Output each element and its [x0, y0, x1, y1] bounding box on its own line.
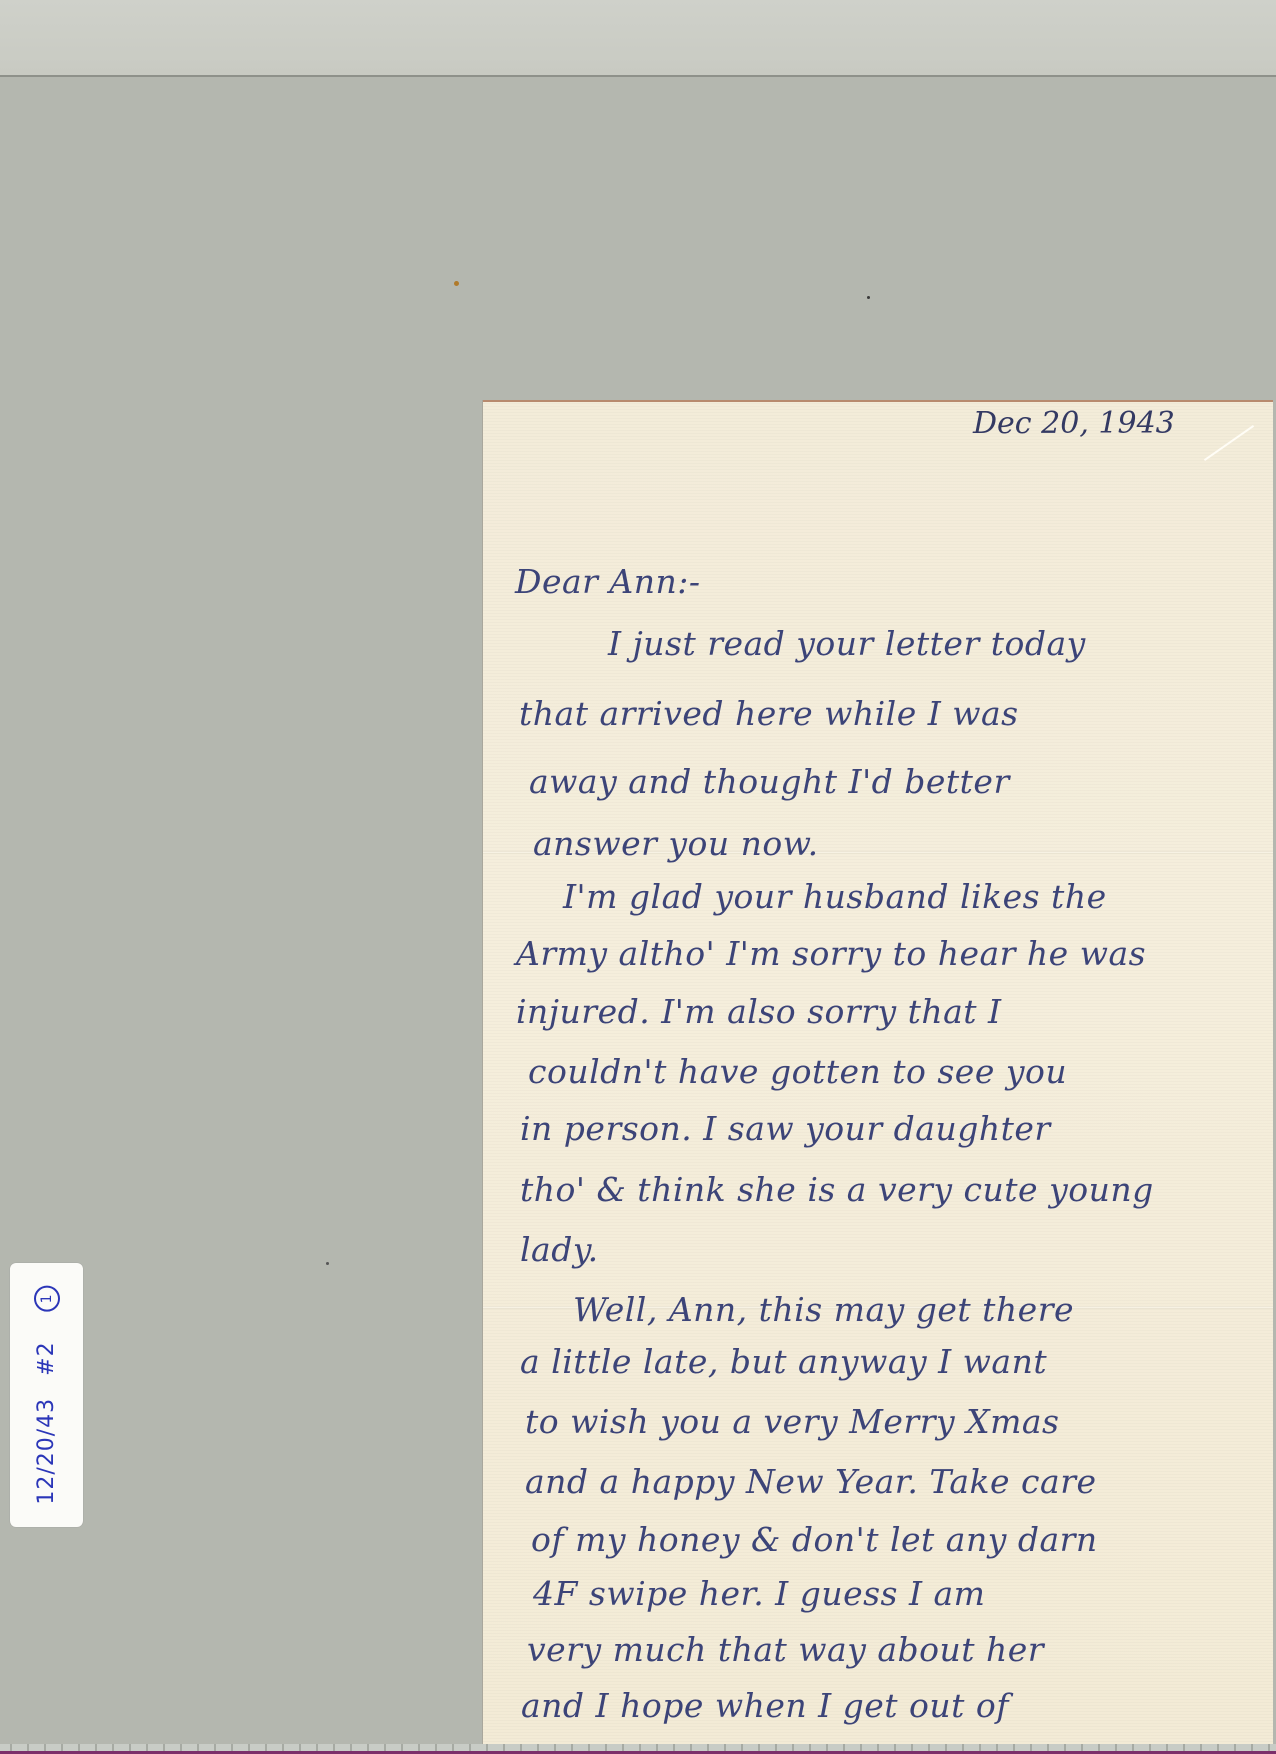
letter-line: that arrived here while I was	[519, 694, 1019, 733]
label-date: 12/20/43	[34, 1398, 59, 1505]
label-number: #2	[34, 1341, 59, 1375]
dust-speck	[326, 1262, 329, 1265]
scanner-lid-strip	[0, 0, 1276, 77]
letter-line: and a happy New Year. Take care	[525, 1462, 1097, 1501]
letter-line: I just read your letter today	[608, 624, 1086, 663]
letter-line: away and thought I'd better	[529, 762, 1010, 801]
letter-line: I'm glad your husband likes the	[563, 877, 1107, 916]
letter-line: 4F swipe her. I guess I am	[533, 1574, 985, 1613]
letter-line: lady.	[520, 1230, 599, 1269]
sleeve-perforated-edge	[0, 1744, 1276, 1754]
letter-line: a little late, but anyway I want	[520, 1342, 1047, 1381]
letter-line: to wish you a very Merry Xmas	[525, 1402, 1060, 1441]
letter-line: tho' & think she is a very cute young	[520, 1170, 1154, 1209]
letter-line: couldn't have gotten to see you	[528, 1052, 1067, 1091]
dust-speck	[867, 296, 870, 299]
letter-date: Dec 20, 1943	[973, 406, 1175, 441]
dust-speck	[454, 281, 459, 286]
letter-line: in person. I saw your daughter	[520, 1109, 1051, 1148]
letter-line: Army altho' I'm sorry to hear he was	[516, 934, 1146, 973]
archive-label-text: 12/20/43 #2 1	[34, 1285, 60, 1504]
letter-page: Dec 20, 1943 Dear Ann:- I just read your…	[483, 400, 1273, 1745]
label-page-circle: 1	[34, 1285, 60, 1311]
letter-line: of my honey & don't let any darn	[531, 1520, 1098, 1559]
letter-line: Well, Ann, this may get there	[573, 1290, 1074, 1329]
letter-line: very much that way about her	[527, 1630, 1044, 1669]
letter-line: answer you now.	[533, 824, 819, 863]
archive-label-sticker: 12/20/43 #2 1	[10, 1263, 83, 1527]
paper-tear-mark	[1204, 425, 1254, 461]
letter-line: and I hope when I get out of	[521, 1686, 1009, 1725]
letter-line: injured. I'm also sorry that I	[516, 992, 1002, 1031]
letter-salutation: Dear Ann:-	[515, 562, 701, 601]
